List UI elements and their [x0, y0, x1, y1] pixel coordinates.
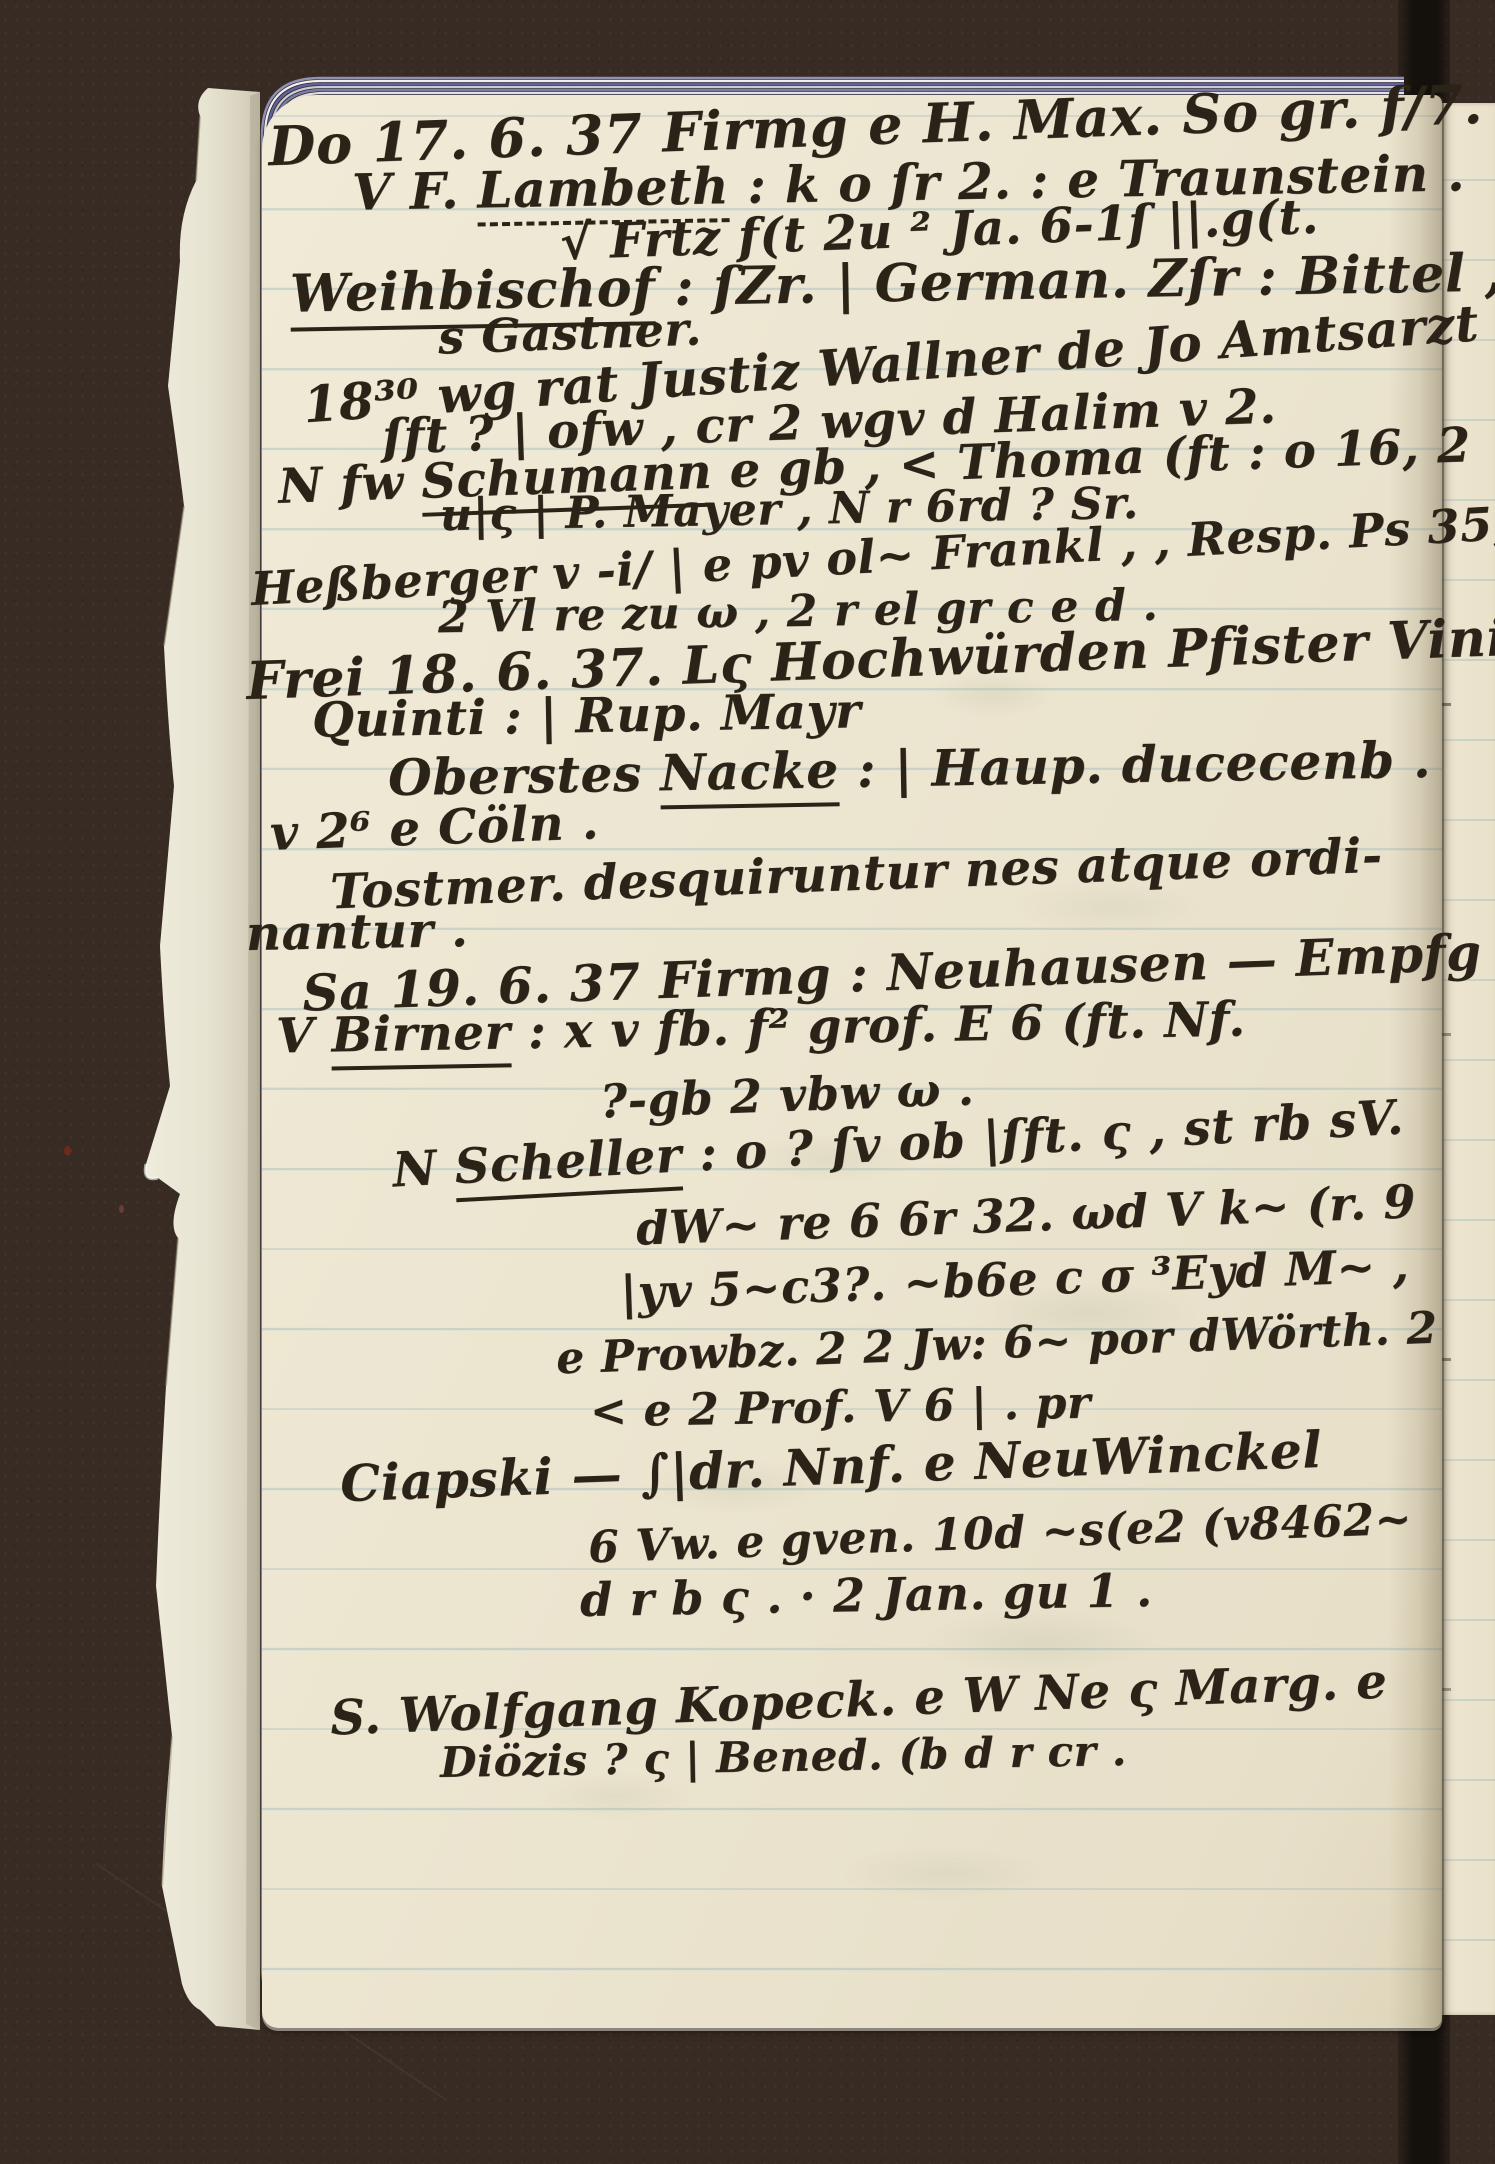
- handwriting-line: < e 2 Prof. V 6 | . pr: [590, 1382, 1092, 1435]
- handwriting-line: |yv 5~c3?. ~b6e c σ ³Eyd M~ ,: [619, 1242, 1409, 1316]
- handwriting-layer: Do 17. 6. 37 Firmg e H. Max. So gr. f/7.…: [0, 0, 1495, 2164]
- handwriting-line: Oberstes Nacke : | Haup. ducecenb .: [388, 735, 1432, 803]
- handwriting-line: e Prowbz. 2 2 Jw: 6~ por dWörth. 2: [556, 1307, 1439, 1382]
- handwriting-line: v 2⁶ e Cöln .: [269, 798, 600, 857]
- photograph-of-notebook: Do 17. 6. 37 Firmg e H. Max. So gr. f/7.…: [0, 0, 1495, 2164]
- handwriting-line: Ciapski — ∫|dr. Nnf. e NeuWinckel: [339, 1425, 1323, 1509]
- underlined-word: Birner: [331, 1004, 511, 1070]
- underlined-word: Nacke: [660, 740, 840, 809]
- handwriting-line: dW~ re 6 6r 32. ωd V k~ (r. 9: [635, 1178, 1416, 1251]
- handwriting-line: nantur .: [246, 906, 469, 958]
- underlined-word: Scheller: [453, 1127, 683, 1202]
- handwriting-line: Quinti : | Rup. Mayr: [312, 687, 862, 745]
- red-ink-speck: [64, 1146, 71, 1156]
- handwriting-line: 6 Vw. e gven. 10d ~s(e2 (v8462~: [587, 1498, 1412, 1571]
- handwriting-line: V Birner : x v fb. f² grof. E 6 (ft. Nf.: [276, 996, 1246, 1061]
- handwriting-line: Diözis ? ς | Bened. (b d r cr .: [440, 1730, 1128, 1784]
- handwriting-line: d r b ς . · 2 Jan. gu 1 .: [580, 1567, 1153, 1623]
